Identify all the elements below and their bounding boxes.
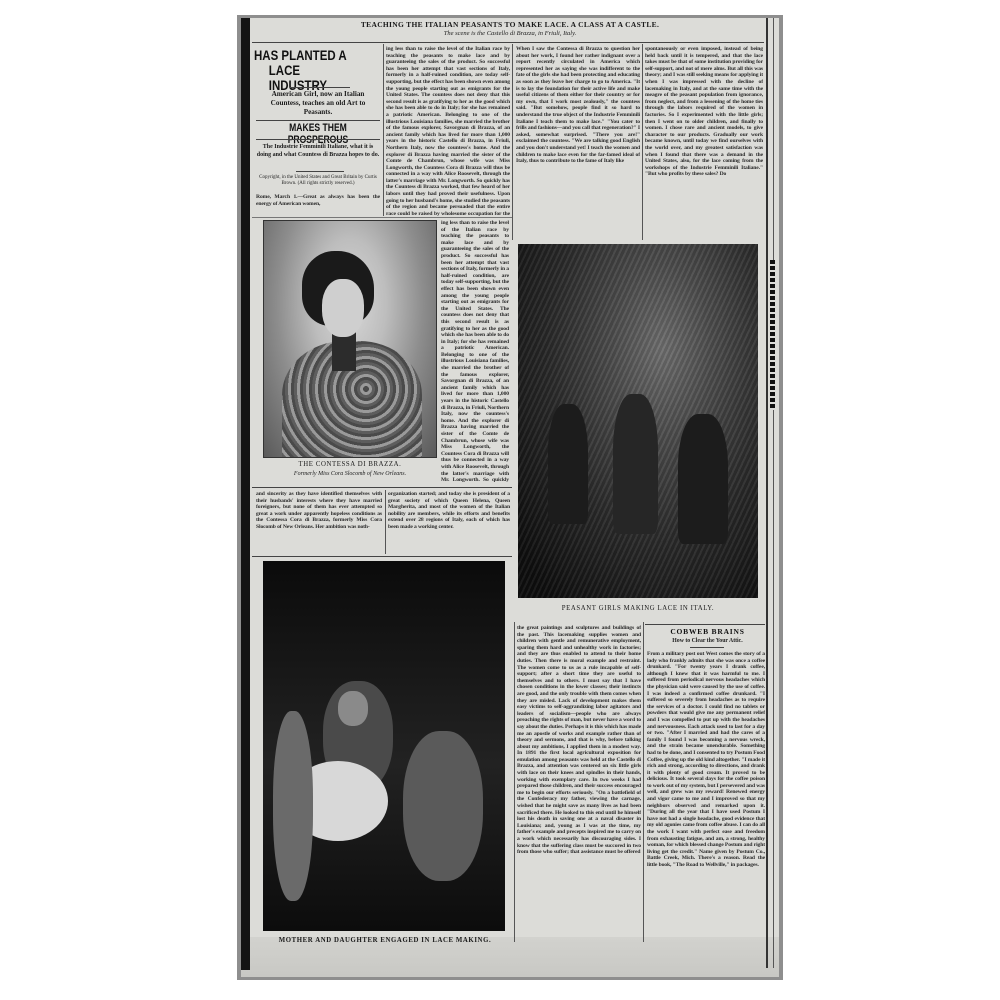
headline-line: LACE INDUSTRY bbox=[254, 63, 357, 93]
portrait-collar bbox=[332, 331, 356, 371]
divider bbox=[290, 87, 350, 88]
divider bbox=[256, 139, 380, 140]
article-column-narrow: ing less than to raise the level of the … bbox=[441, 220, 509, 482]
advertisement-headline: COBWEB BRAINS bbox=[645, 627, 770, 636]
mother-face bbox=[338, 691, 368, 726]
portrait-face bbox=[322, 279, 364, 337]
figure-silhouette bbox=[548, 404, 588, 524]
article-column: organization started; and today she is p… bbox=[388, 491, 510, 553]
photo-headline: TEACHING THE ITALIAN PEASANTS TO MAKE LA… bbox=[260, 20, 760, 29]
portrait-subcaption: Formerly Miss Cora Slocomb of New Orlean… bbox=[263, 471, 437, 477]
article-column: spontaneously or even imposed, instead o… bbox=[645, 46, 763, 238]
peasant-girls-photo bbox=[518, 244, 758, 598]
page-binding-edge bbox=[241, 18, 250, 970]
divider bbox=[296, 171, 344, 172]
divider bbox=[256, 120, 380, 121]
article-column: the great paintings and sculptures and b… bbox=[517, 625, 641, 942]
article-deck: American Girl, now an Italian Countess, … bbox=[256, 90, 380, 117]
adjacent-page-edge bbox=[770, 260, 775, 410]
copyright-notice: Copyright, in the United States and Grea… bbox=[256, 175, 380, 187]
photo-subheadline: The scene is the Castello di Brazza, in … bbox=[260, 30, 760, 38]
divider bbox=[690, 647, 724, 648]
column-rule bbox=[385, 490, 386, 554]
mother-daughter-photo bbox=[263, 561, 505, 931]
figure-silhouette bbox=[678, 414, 728, 544]
divider bbox=[645, 624, 765, 625]
headline-line: HAS PLANTED A bbox=[254, 47, 347, 63]
column-rule bbox=[643, 622, 644, 942]
divider bbox=[252, 42, 764, 43]
article-dateline: Rome, March 1.—Great as always has been … bbox=[256, 194, 380, 208]
side-figure bbox=[273, 711, 313, 901]
article-column: ing less than to raise the level of the … bbox=[386, 46, 510, 218]
mother-caption: MOTHER AND DAUGHTER ENGAGED IN LACE MAKI… bbox=[263, 937, 507, 944]
portrait-caption: THE CONTESSA DI BRAZZA. bbox=[263, 461, 437, 468]
figure-silhouette bbox=[613, 394, 658, 534]
article-column: When I saw the Contessa di Brazza to que… bbox=[516, 46, 640, 238]
column-rule bbox=[512, 44, 513, 240]
column-rule bbox=[514, 622, 515, 942]
column-rule bbox=[642, 44, 643, 240]
divider bbox=[252, 217, 512, 218]
column-rule bbox=[383, 44, 384, 216]
portrait-photo bbox=[263, 220, 437, 458]
article-deck-secondary: The Industrie Femminili Italiane, what i… bbox=[256, 143, 380, 159]
column-border bbox=[773, 18, 774, 968]
article-column: and sincerity as they have identified th… bbox=[256, 491, 382, 553]
divider bbox=[252, 556, 512, 557]
column-border bbox=[766, 18, 768, 968]
peasant-caption: PEASANT GIRLS MAKING LACE IN ITALY. bbox=[518, 605, 758, 612]
daughter-figure bbox=[403, 731, 483, 881]
divider bbox=[252, 487, 512, 488]
advertisement-subheadline: How to Clear the Your Attic. bbox=[645, 638, 770, 644]
advertisement-body: From a military post out West comes the … bbox=[647, 651, 765, 943]
